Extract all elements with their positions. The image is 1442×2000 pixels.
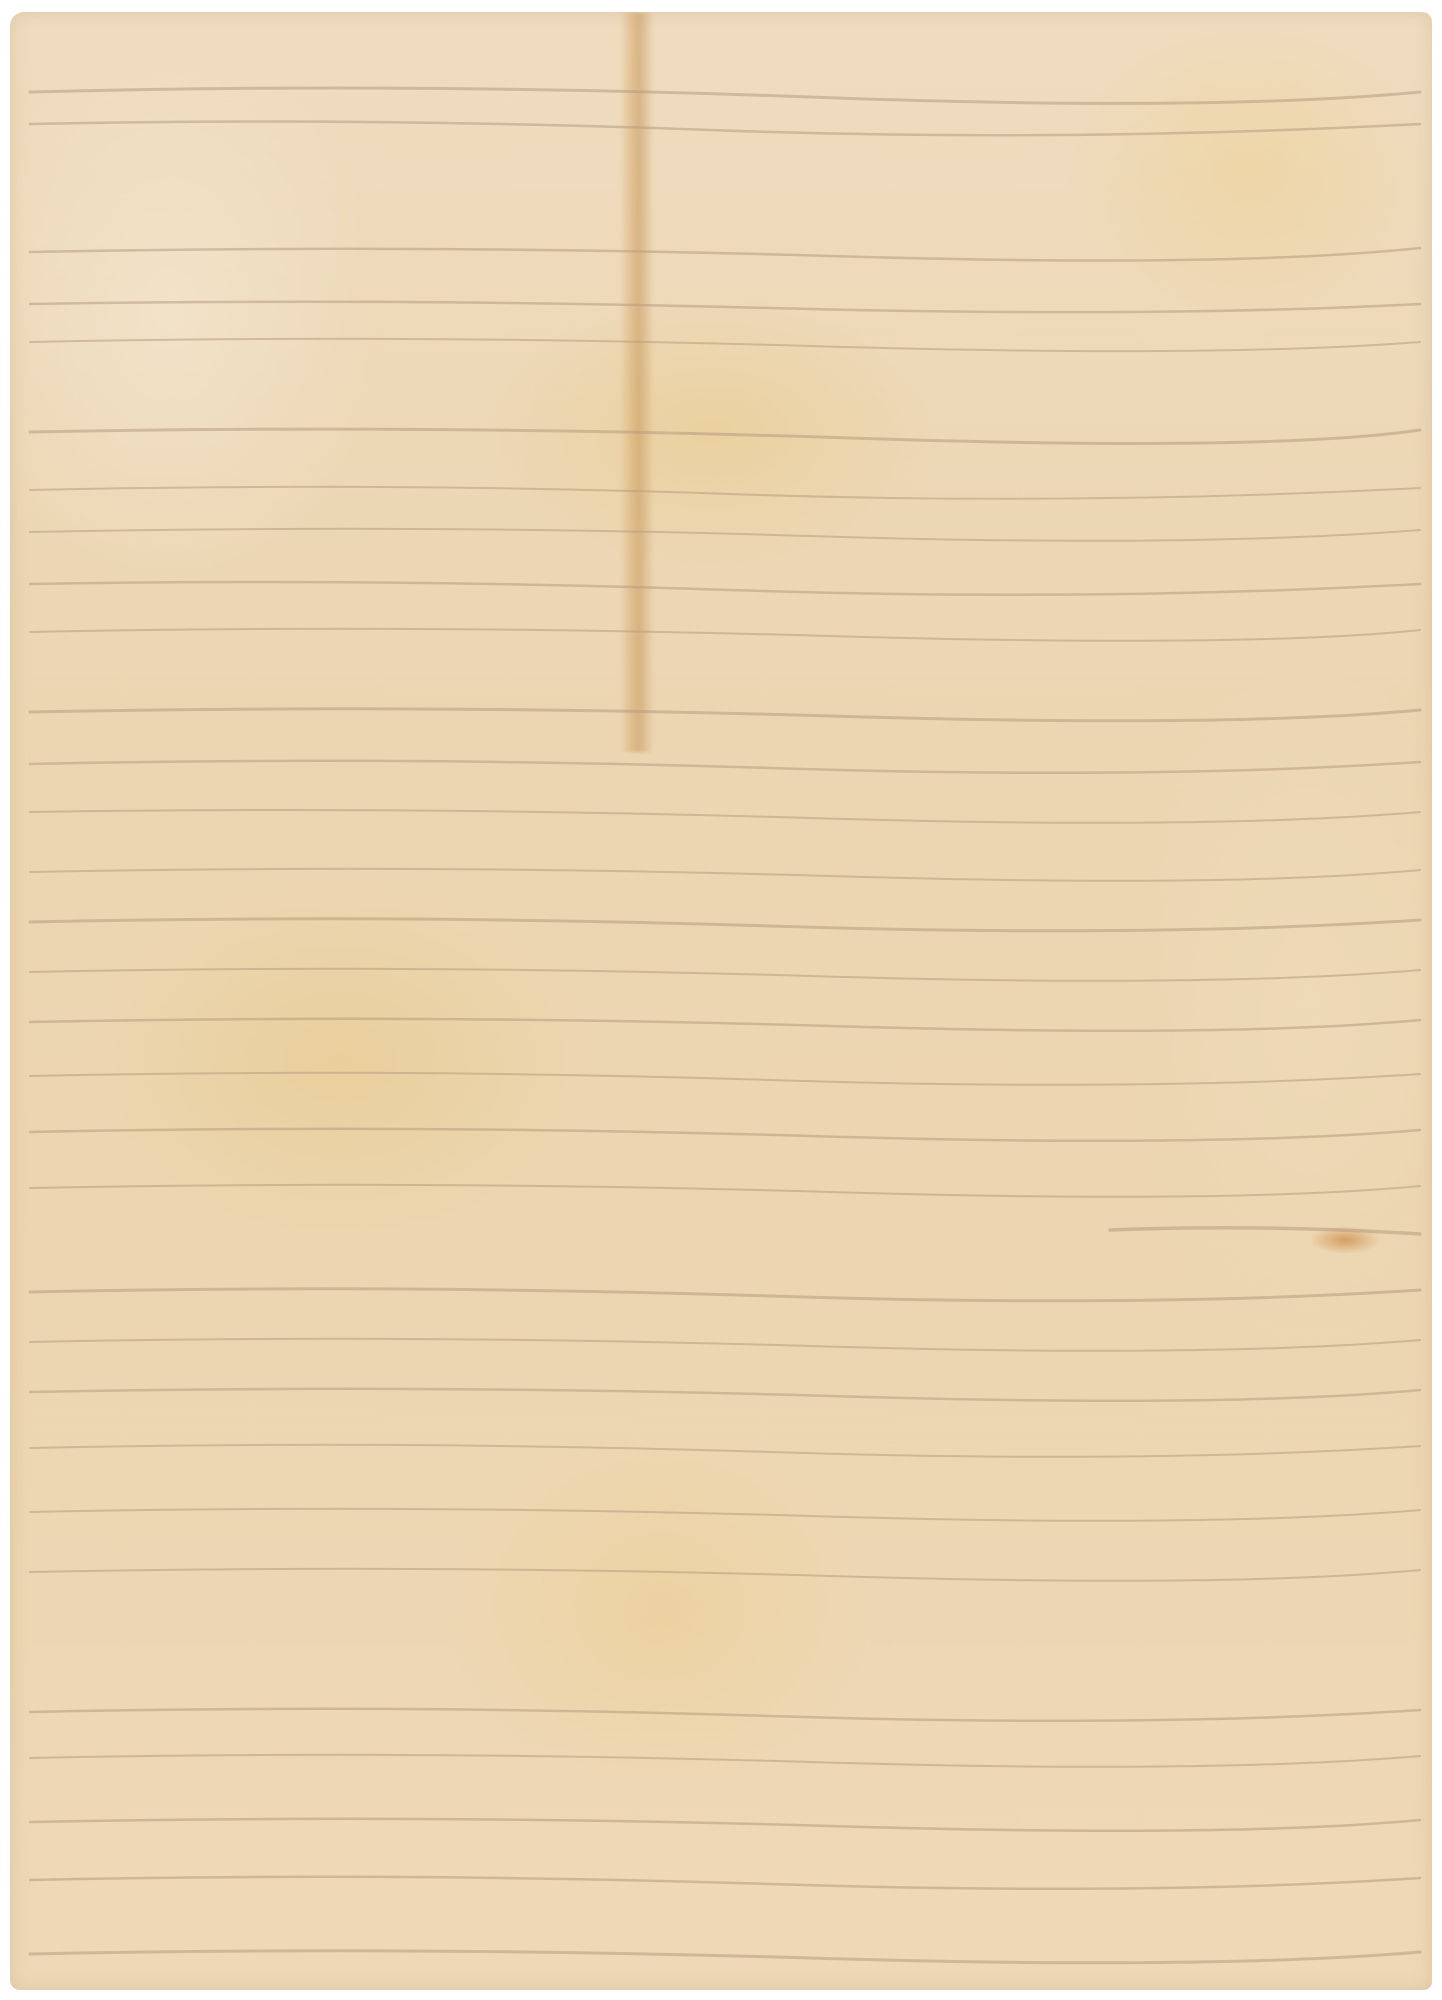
rug-stripes <box>10 12 1432 1990</box>
rug <box>10 12 1432 1990</box>
